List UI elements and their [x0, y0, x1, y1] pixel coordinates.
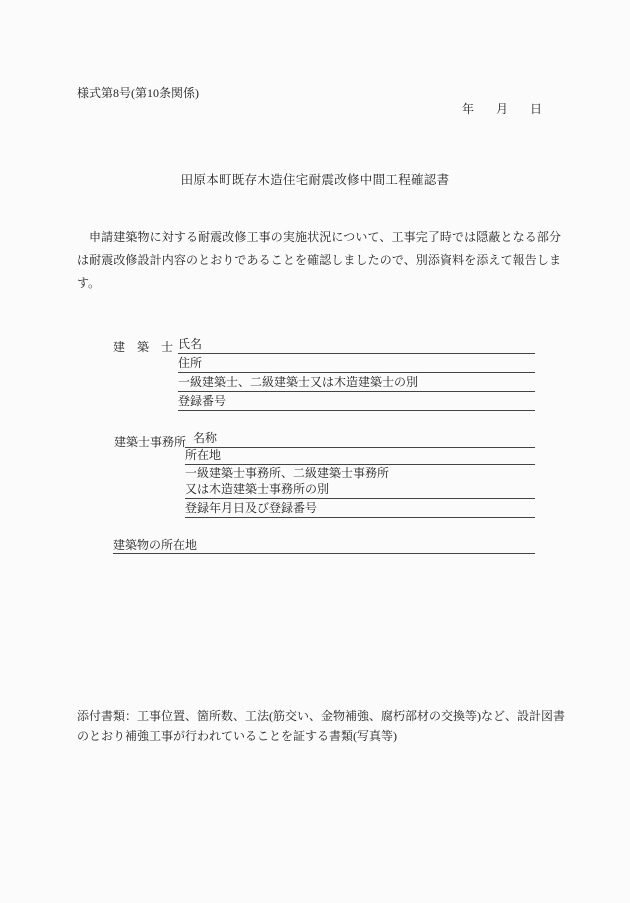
- architect-registration-number-field[interactable]: [226, 399, 535, 409]
- office-class-label: 一級建築士事務所、二級建築士事務所 又は木造建築士事務所の別: [185, 465, 389, 497]
- office-address-row: 所在地: [185, 448, 535, 465]
- architect-address-label: 住所: [178, 355, 202, 371]
- architect-name-field[interactable]: [202, 342, 535, 352]
- form-number: 様式第8号(第10条関係): [77, 84, 199, 101]
- date-day-label: 日: [530, 100, 542, 117]
- office-fields: 名称 所在地 一級建築士事務所、二級建築士事務所 又は木造建築士事務所の別 登録…: [185, 431, 535, 518]
- attachments-note: 添付書類：工事位置、箇所数、工法(筋交い、金物補強、腐朽部材の交換等)など、設計…: [77, 706, 569, 746]
- architect-license-class-field[interactable]: [418, 380, 535, 390]
- date-year-label: 年: [462, 100, 474, 117]
- date-month-label: 月: [496, 100, 508, 117]
- architect-address-field[interactable]: [202, 361, 535, 371]
- office-section-label: 建築士事務所: [114, 433, 186, 450]
- office-registration-field[interactable]: [317, 506, 535, 516]
- office-registration-label: 登録年月日及び登録番号: [185, 500, 317, 516]
- office-name-label: 名称: [185, 430, 217, 446]
- office-address-label: 所在地: [185, 447, 221, 463]
- architect-registration-number-label: 登録番号: [178, 393, 226, 409]
- architect-license-class-row: 一級建築士、二級建築士又は木造建築士の別: [178, 373, 535, 392]
- office-registration-row: 登録年月日及び登録番号: [185, 499, 535, 518]
- building-location-row: 建築物の所在地: [113, 538, 535, 554]
- architect-name-label: 氏名: [178, 336, 202, 352]
- body-paragraph: 申請建築物に対する耐震改修工事の実施状況について、工事完了時では隠蔽となる部分は…: [77, 226, 561, 295]
- office-class-field[interactable]: [389, 487, 535, 497]
- architect-section-label: 建 築 士: [113, 338, 173, 355]
- office-address-field[interactable]: [221, 453, 535, 463]
- office-name-row: 名称: [185, 431, 535, 448]
- architect-license-class-label: 一級建築士、二級建築士又は木造建築士の別: [178, 374, 418, 390]
- architect-name-row: 氏名: [178, 337, 535, 354]
- office-class-row: 一級建築士事務所、二級建築士事務所 又は木造建築士事務所の別: [185, 465, 535, 499]
- page-title: 田原本町既存木造住宅耐震改修中間工程確認書: [0, 170, 630, 188]
- building-location-field[interactable]: [197, 543, 535, 553]
- date-line: 年 月 日: [462, 100, 542, 117]
- architect-address-row: 住所: [178, 354, 535, 373]
- building-location-label: 建築物の所在地: [113, 537, 197, 553]
- architect-registration-number-row: 登録番号: [178, 392, 535, 411]
- document-page: 様式第8号(第10条関係) 年 月 日 田原本町既存木造住宅耐震改修中間工程確認…: [0, 0, 630, 903]
- architect-fields: 氏名 住所 一級建築士、二級建築士又は木造建築士の別 登録番号: [178, 337, 535, 411]
- office-name-field[interactable]: [217, 436, 535, 446]
